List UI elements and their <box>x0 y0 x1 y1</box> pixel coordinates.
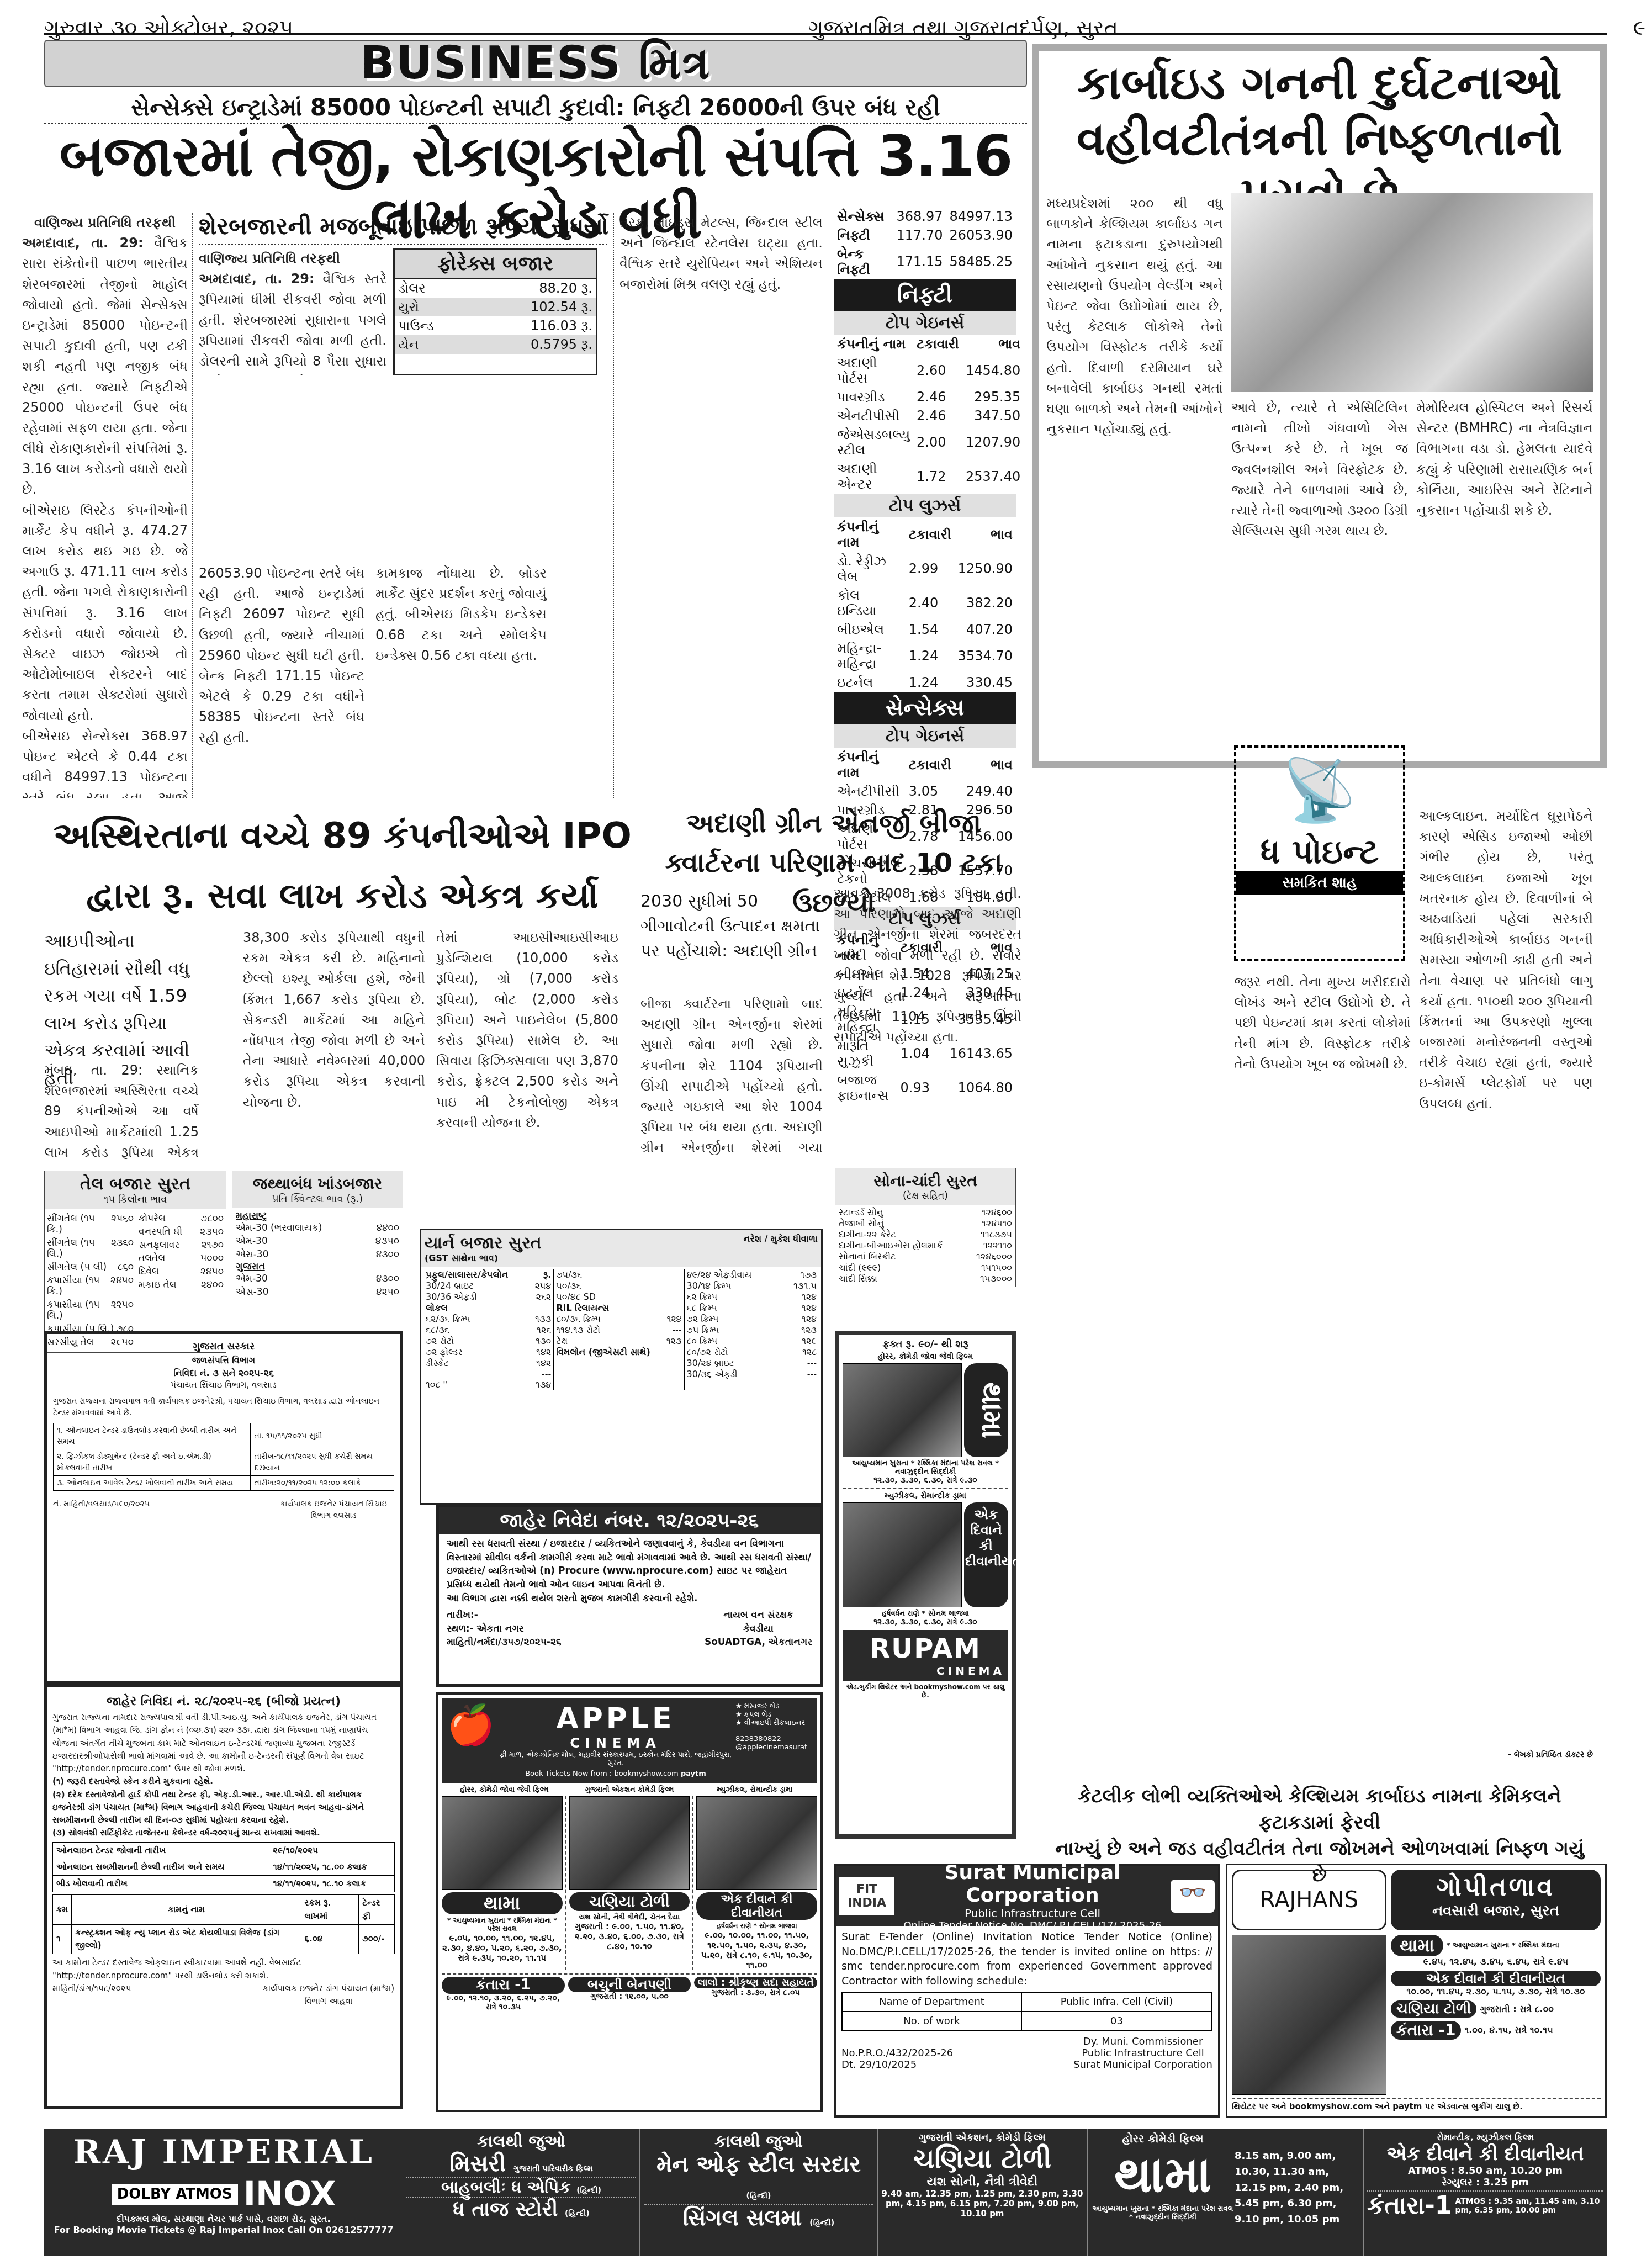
film-title: બચુની બેનપણી <box>568 1977 691 1992</box>
price: ૭૮૦૦ <box>200 1213 224 1224</box>
genre: ગુજરાતી એકશન, કોમેડી ફિલ્મ <box>881 2132 1083 2143</box>
currency: યેન <box>395 335 472 354</box>
col-header: કંપનીનું નામ <box>834 335 913 353</box>
booking-text: For Booking Movie Tickets @ Raj Imperial… <box>49 2225 399 2235</box>
table-row: એનટીપીસી2.46347.50 <box>834 406 1024 425</box>
group-label: વિમલોન (જીએસટી સાથે) <box>556 1347 681 1358</box>
notice-body: ગુજરાત રાજ્યના નામદાર રાજ્યપાલશ્રી વતી ડ… <box>52 1711 395 1775</box>
story-continuation: 26053.90 પોઇન્ટના સ્તરે બંધ રહી હતી. આજે… <box>199 563 364 795</box>
notice-sign: Public Infrastructure Cell <box>1073 2047 1212 2059</box>
item: એમ-30 <box>236 1236 268 1247</box>
item: ૬૮ ક્રિમ્પ <box>687 1303 717 1314</box>
story-text: બીએસઇ લિસ્ટેડ કંપનીઓની માર્કેટ કેપ વધીને… <box>22 500 188 726</box>
film-tag: (હિન્દી) <box>576 2186 601 2195</box>
cell: 3534.70 <box>955 639 1016 673</box>
table-row: ઓનલાઇન ટેન્ડર જોવાની તારીખ૨૯/૧૦/૨૦૨૫ <box>53 1842 395 1859</box>
pullquote: 2030 સુધીમાં 50 ગીગાવોટની ઉત્પાદન ક્ષમતા… <box>640 889 828 964</box>
cell: 295.35 <box>962 388 1024 406</box>
price: ૪૨૫૦ <box>376 1287 399 1298</box>
genre: મ્યુઝીકલ, રોમાન્ટીક ડ્રામા <box>692 1786 817 1794</box>
story-text: આવક 3008 કરોડ રૂપિયા હતી. આ પરિણામો બાદ … <box>834 883 1021 1160</box>
item: ૫૦/૩૬ <box>556 1280 581 1292</box>
notice-title: જાહેર નિવેદા નંબર. ૧૨/૨૦૨૫-૨૬ <box>439 1507 820 1534</box>
notice-sign: Dy. Muni. Commissioner <box>1073 2036 1212 2047</box>
story-continuation: તરફ, લોઇડ્સ મેટલ્સ, જિન્દાલ સ્ટીલ અને જિ… <box>613 213 823 798</box>
genre: હોરર, કોમેડી જોવા જેવી ફિલ્મ <box>442 1786 567 1794</box>
film-card: કંતારા -1૯.૦૦, ૧૨.૧૦, ૩.૨૦, ૬.૨૫, ૭.૨૦, … <box>442 1977 565 2012</box>
headline-line: અસ્થિરતાના વચ્ચે 89 કંપનીઓએ IPO <box>44 806 640 866</box>
col-header: રૂ. <box>543 1269 552 1280</box>
index-value: 26053.90 <box>946 226 1016 245</box>
col-header: કામનું નામ <box>72 1895 301 1925</box>
price: ૪૩૫૦ <box>375 1236 399 1247</box>
film-row: ધ તાજ સ્ટોરી (હિન્દી) <box>406 2197 636 2221</box>
price: ૧૨૪૫૧૦ <box>982 1218 1012 1229</box>
notice-org: ગુજરાત સરકાર <box>53 1340 394 1354</box>
item: ૫૦/૪૮ SD <box>556 1292 596 1303</box>
sona-chandi-box: સોના-ચાંદી સુરત(ટેક્ષ સહિત) સ્ટાન્ડર્ડ સ… <box>835 1168 1016 1287</box>
cell: 2.60 <box>913 353 962 388</box>
cell: કોલ ઇન્ડિયા <box>834 586 906 620</box>
headline-line: દ્વારા રૂ. સવા લાખ કરોડ એકત્ર કર્યા <box>44 866 640 927</box>
film-poster <box>696 1796 817 1890</box>
nifty-losers: કંપનીનું નામટકાવારીભાવ ડો. રેડ્ડીઝ લેબ2.… <box>834 517 1016 692</box>
cell: 1.54 <box>906 620 955 639</box>
notice-sign: SoUADTGA, એકતાનગર <box>705 1636 812 1649</box>
cinema-name: RUPAM <box>846 1633 1005 1664</box>
currency: ડોલર <box>395 279 472 298</box>
price: ૧૫૩૦૦૦ <box>980 1273 1012 1284</box>
notice-subtitle: Public Infrastructure Cell <box>894 1907 1171 1920</box>
film-cast: * આયુષ્યમાન ખુરાના * રશ્મિકા મંદાના * પર… <box>442 1917 563 1933</box>
gainers-title: ટોપ ગેઇનર્સ <box>834 311 1016 335</box>
story-text: 38,300 કરોડ રૂપિયાથી વધુની રકમ એકત્ર કરી… <box>243 928 425 1160</box>
film-title: ચણિયા ટોળી <box>1391 2000 1476 2018</box>
price-offer: ફક્ત રૂ. ૯૦/- થી શરૂ <box>843 1338 1008 1350</box>
booking-text: થિયેટર પર અને bookmyshow.com અને paytm પ… <box>1232 2098 1601 2111</box>
fit-india-logo: FIT INDIA <box>839 1877 894 1915</box>
column-rule <box>192 213 193 798</box>
price: ૨૪૦૦ <box>201 1279 224 1290</box>
film-title: ધ તાજ સ્ટોરી <box>453 2198 558 2221</box>
showtimes: ૯.૦૦, ૧૦.૦૦, ૧૧.૦૦, ૧૧.૫૦, ૧૨.૫૦, ૧.૫૦, … <box>696 1930 817 1970</box>
notice-place: સ્થળ:- એકતા નગર <box>447 1622 561 1636</box>
cinema-name: APPLE <box>496 1702 735 1735</box>
film-tag: ગુજરાતી પારિવારીક ફિલ્મ <box>513 2164 593 2173</box>
cell: 1.72 <box>913 459 962 494</box>
cell: 1.24 <box>906 673 955 692</box>
story-text: વૈશ્વિક સ્તરે રૂપિયામાં ધીમી રીકવરી જોવા… <box>199 271 386 375</box>
film-tag: (હિન્દી) <box>746 2192 771 2200</box>
price: ૧૨૮ <box>802 1347 817 1358</box>
film-poster <box>843 1363 962 1457</box>
price: ૧૩૩ <box>535 1314 551 1325</box>
forex-row: યેન0.5795 રૂ. <box>395 335 596 354</box>
table-row: ડો. રેડ્ડીઝ લેબ2.991250.90 <box>834 552 1016 586</box>
cell: Public Infra. Cell (Civil) <box>1021 1992 1212 2012</box>
film-title: થામા <box>1091 2145 1235 2205</box>
footer-line: કેટલીક લોભી વ્યક્તિઓએ કેલ્શિયમ કાર્બાઇડ … <box>1046 1783 1593 1836</box>
item: સોનાનાં બિસ્કીટ <box>839 1251 896 1262</box>
item: તલતેલ <box>139 1253 165 1264</box>
nifty-gainers: કંપનીનું નામટકાવારીભાવ અદાણી પોર્ટસ2.601… <box>834 335 1024 494</box>
region: ગુજરાત <box>236 1261 399 1272</box>
price: ૧૨૨૧૧૦ <box>983 1240 1012 1251</box>
rajhans-logo: RAJHANS <box>1232 1870 1386 1930</box>
cell: 1250.90 <box>955 552 1016 586</box>
price: ૧૨૪૬૦૦ <box>982 1207 1012 1218</box>
cell: એનટીપીસી <box>834 406 913 425</box>
genre: હોરર, કોમેડી જોવા જેવી ફિલ્મ <box>843 1352 1008 1361</box>
column-name: ધ પોઇન્ટ <box>1236 833 1403 871</box>
price: ૨૩૫૦ <box>200 1226 224 1237</box>
index-name: નિફ્ટી <box>834 226 893 245</box>
item: ૭૨ રોટો <box>426 1336 454 1347</box>
table-row: પાવરગ્રીડ2.46295.35 <box>834 388 1024 406</box>
feature: ★ વીઆઇપી રીકલાઇનર <box>735 1719 813 1727</box>
region: મહારાષ્ટ્ર <box>236 1210 399 1221</box>
price: ૧૨૪ <box>802 1303 817 1314</box>
cell: ૧૪/૧૧/૨૦૨૫, ૧૮.૧૦ કલાક <box>269 1876 395 1892</box>
column-logo: 📡 ધ પોઇન્ટ સમકિત શાહ <box>1234 745 1405 961</box>
film-row: મિસરી ગુજરાતી પારિવારીક ફિલ્મ <box>406 2151 636 2177</box>
notice-sign: Surat Municipal Corporation <box>1073 2059 1212 2071</box>
cell: તારીખ-૧૮/૧૧/૨૦૨૫ સુધી કચેરી સમય દરમ્યાન <box>251 1449 394 1476</box>
price: ૨૬૨ <box>536 1292 552 1303</box>
forex-table: ફોરેક્સ બજાર ડોલર88.20 રૂ. યુરો102.54 રૂ… <box>393 248 597 375</box>
rate: 116.03 રૂ. <box>472 316 596 335</box>
film-cast: હર્ષવર્ધન રાણે * સોનમ બાજવા <box>843 1610 1008 1618</box>
index-value: 84997.13 <box>946 207 1016 226</box>
feature: ★ કપલ બેડ <box>735 1711 813 1719</box>
cell: 1.24 <box>906 639 955 673</box>
showtimes: રેગ્યુલર : 3.25 pm <box>1367 2177 1603 2188</box>
story-continuation: કામકાજ નોંધાયા છે. બ્રોડર માર્કેટ સુંદર … <box>375 563 547 795</box>
paytm-logo: paytm <box>681 1770 706 1778</box>
price: ૨૩૬૦ <box>111 1237 134 1259</box>
genre: હોરર કોમેડી ફિલ્મ <box>1091 2132 1235 2145</box>
table-row: કોલ ઇન્ડિયા2.40382.20 <box>834 586 1016 620</box>
item: ટેક્ષ <box>556 1336 568 1347</box>
yarn-col: પ્રફુલ/સાલાસર/કેપલોનરૂ. 30/24 બ્રાઇટ૨૫૪ … <box>423 1269 554 1390</box>
cell: તા. ૧૫/૧૧/૨૦૨૫ સુધી <box>251 1423 394 1449</box>
location: નવસારી બજાર, સુરત <box>1393 1903 1598 1920</box>
notice-body: Surat E-Tender (Online) Invitation Notic… <box>836 1926 1218 1992</box>
index-row: સેન્સેક્સ368.9784997.13 <box>834 207 1016 226</box>
film-title: ચણિયા ટોળી <box>881 2143 1083 2175</box>
showtimes: ATMOS : 8.50 am, 10.20 pm <box>1367 2165 1603 2177</box>
cinema-name: CINEMA <box>846 1664 1005 1677</box>
cinema-address: ફ્રી માળ, એકઝોનિક મોલ, મહાવીર સંસ્કારધામ… <box>496 1751 735 1767</box>
cell: ઇટર્નલ <box>834 673 906 692</box>
cell: જેએસડબલ્યુ સ્ટીલ <box>834 425 913 459</box>
rate: 102.54 રૂ. <box>472 298 596 316</box>
film-title: કંતારા -1 <box>442 1977 565 1994</box>
notice-body: આ વિભાગ દ્વારા નક્કી થયેલ શરતો મુજબ કામગ… <box>447 1592 812 1606</box>
price: ૨૪૫૦ <box>200 1266 224 1277</box>
item: ૬૨ ક્રિમ્પ <box>687 1292 718 1303</box>
columnist-name: સમકિત શાહ <box>1236 871 1403 895</box>
coming-soon: કાલથી જુઓ <box>406 2132 636 2151</box>
story-text: તેમાં આઇસીઆઇસીઆઇ પ્રુડેન્શિયલ (10,000 કર… <box>436 928 618 1160</box>
cell: 2.00 <box>913 425 962 459</box>
cell: 2537.40 <box>962 459 1024 494</box>
raj-imperial-ad: RAJ IMPERIAL DOLBY ATMOS INOX દીપકમલ મોલ… <box>44 2129 1607 2256</box>
price: ૧૪૨ <box>536 1347 551 1358</box>
item: 30/36 એફડી <box>426 1292 477 1303</box>
price: --- <box>807 1369 817 1380</box>
ipo-headline: અસ્થિરતાના વચ્ચે 89 કંપનીઓએ IPO દ્વારા ર… <box>44 806 640 927</box>
cell: ૨. ફિઝીકલ ડોક્યુમેન્ટ (ટેન્ડર ફી અને ઇ.એ… <box>54 1449 251 1476</box>
col-header: ભાવ <box>955 748 1016 782</box>
cell: 03 <box>1021 2012 1212 2031</box>
col-header: કંપનીનું નામ <box>834 748 906 782</box>
rupee-story: શેરબજારની મજબૂતાઇ પાછળ રૂપિયો સુધર્યો વા… <box>199 213 607 375</box>
cell: તારીખ:૨૦/૧૧/૨૦૨૫ ૧૨:૦૦ કલાકે <box>251 1476 394 1491</box>
cell: 249.40 <box>955 782 1016 801</box>
index-row: બેન્ક નિફ્ટી171.1558485.25 <box>834 245 1016 279</box>
cell: 2.99 <box>906 552 955 586</box>
cell: ૨૯/૧૦/૨૦૨૫ <box>269 1842 395 1859</box>
film-poster <box>1232 1935 1386 2095</box>
notice-body: ગુજરાત રાજ્યના રાજ્યપાલ વતી કાર્યપાલક ઇજ… <box>53 1396 394 1419</box>
forex-row: પાઉન્ડ116.03 રૂ. <box>395 316 596 335</box>
film-poster <box>442 1796 563 1890</box>
item: ૬૨/૩૬ ક્રિમ્પ <box>426 1314 470 1325</box>
notice-org: જળસંપત્તિ વિભાગ <box>53 1354 394 1367</box>
item: ૭૨ ફોલ્ડર <box>426 1347 462 1358</box>
currency: યુરો <box>395 298 472 316</box>
notice-sign: કાર્યપાલક ઇજનેર પંચાયત સિંચાઇ વિભાગ વલસા… <box>273 1499 394 1521</box>
film-title: કંતારા-1 <box>1367 2192 1452 2220</box>
box-title: સોના-ચાંદી સુરત <box>839 1172 1012 1190</box>
item: ચાંદી (૯૯૯) <box>839 1262 881 1273</box>
price: ૨૫૪ <box>534 1280 551 1292</box>
col-header: ટેન્ડર ફી <box>359 1895 395 1925</box>
table-row: બીડ ખોલવાની તારીખ૧૪/૧૧/૨૦૨૫, ૧૮.૧૦ કલાક <box>53 1876 395 1892</box>
item: ચાંદી સિક્કા <box>839 1273 877 1284</box>
film-title: એક દીવાને કી દીવાનીયત <box>1367 2143 1603 2165</box>
cell: મહિન્દ્રા-મહિન્દ્રા <box>834 639 906 673</box>
cell: ૩. ઓનલાઇન આવેલ ટેન્ડર ખોલવાની તારીખ અને … <box>54 1476 251 1491</box>
booking-text: એડ.બુકીંગ થિયેટર અને bookmyshow.com પર ચ… <box>843 1683 1008 1700</box>
dateline: અમદાવાદ, તા. 29: <box>22 235 144 251</box>
item: સીંગતેલ (૧૫ કિ.) <box>47 1213 111 1235</box>
item: 30/૨૪ બ્રાઇટ <box>687 1358 735 1369</box>
rupam-cinema-ad: ફક્ત રૂ. ૯૦/- થી શરૂ હોરર, કોમેડી જોવા જ… <box>835 1331 1016 1839</box>
film-title: મિસરી <box>449 2151 506 2177</box>
col-header: પ્રફુલ/સાલાસર/કેપલોન <box>426 1269 508 1280</box>
cell: No. of work <box>842 2012 1021 2031</box>
item: તેજાબી સોનું <box>839 1218 884 1229</box>
table-row: ૩. ઓનલાઇન આવેલ ટેન્ડર ખોલવાની તારીખ અને … <box>54 1476 394 1491</box>
cinema-name: RAJ IMPERIAL <box>49 2133 399 2172</box>
notice-org: પંચાયત સિંચાઇ વિભાગ, વલસાડ <box>53 1379 394 1391</box>
item: સનફ્લાવર <box>139 1240 179 1251</box>
cell: 347.50 <box>962 406 1024 425</box>
item: દાગીના-બીઆઇએસ હોલમાર્ક <box>839 1240 943 1251</box>
notice-point: (૩) સોલવંશી સર્ટિફીકેટ તાજેતરના કેલેન્ડર… <box>52 1827 395 1839</box>
price: ૫૦૦૦ <box>200 1253 224 1264</box>
notice-ref: નં. માહિતી/વલસાડ/૫૯૦/૨૦૨૫ <box>53 1499 150 1521</box>
price: ૧૨૪ <box>802 1314 817 1325</box>
cell: 1454.80 <box>962 353 1024 388</box>
group-label: RIL રિલાયન્સ <box>556 1303 681 1314</box>
coming-soon: કાલથી જુઓ <box>644 2132 873 2151</box>
item: વનસ્પતિ ઘી <box>139 1226 182 1237</box>
col-header: ક્રમ <box>53 1895 72 1925</box>
showtimes: ગુજરાતી : ૧૨.૦૦, ૫.૦૦ <box>568 1992 691 2001</box>
pro-number: No.P.R.O./432/2025-26 <box>841 2047 953 2059</box>
cell: ઓનલાઇન સબમીશનની છેલ્લી તારીખ અને સમય <box>53 1859 269 1875</box>
box-title: યાર્ન બજાર સુરત <box>425 1234 542 1253</box>
carbide-col-1: મધ્યપ્રદેશમાં ૨૦૦ થી વધુ બાળકોને કેલ્શિય… <box>1046 193 1223 1739</box>
price: ૨૨૫૦ <box>111 1299 134 1321</box>
headline-line: કાર્બાઇડ ગનની દુર્ઘટનાઓ <box>1046 55 1593 111</box>
yarn-bajar-box: યાર્ન બજાર સુરત(GST સાથેના ભાવ) નરેશ / મ… <box>420 1229 823 1505</box>
sensex-title: સેન્સેક્સ <box>834 692 1016 724</box>
item: ૬૮/૩૬ <box>426 1325 449 1336</box>
table-row: Name of DepartmentPublic Infra. Cell (Ci… <box>842 1992 1212 2012</box>
item: ૭૫/૩૬ <box>556 1269 582 1280</box>
price: ૧૨૯ <box>802 1336 817 1347</box>
film-cast: યશ સોની, નૈત્રી ત્રીવેદી <box>881 2175 1083 2189</box>
item: ૮૦/૭૨ રોટો <box>687 1347 728 1358</box>
film-tag: (હિન્દી) <box>565 2209 590 2218</box>
price: ૧૨૬ <box>537 1325 551 1336</box>
swachh-bharat-glasses-icon: 👓 <box>1171 1880 1215 1913</box>
byline: વાણિજ્ય પ્રતિનિધિ તરફથી <box>199 248 386 269</box>
film-cast: આયુષ્યમાન ખુરાના * રશ્મિકા મંદાના પરેશ ર… <box>1091 2205 1235 2221</box>
table-row: ૧કન્સ્ટ્રક્શન ઓફ ન્યુ પ્લાન રોડ એટ કોયલી… <box>53 1924 395 1954</box>
smc-tender-notice: FIT INDIA Surat Municipal Corporation Pu… <box>834 1864 1220 2118</box>
govt-notice-valsad: ગુજરાત સરકાર જળસંપત્તિ વિભાગ નિવિદા નં. … <box>44 1331 403 1684</box>
cell: બીઇએલ <box>834 620 906 639</box>
col-header: કંપનીનું નામ <box>834 517 906 552</box>
film-cast: યશ સોની, નૈત્રી ત્રીવેદી, ચેતન દૈયા <box>569 1913 690 1922</box>
box-title: તેલ બજાર સુરત <box>48 1174 223 1194</box>
notice-point: (૨) દરેક દસ્તાવેજોની હાર્ડ કોપી તથા ટેન્… <box>52 1788 395 1827</box>
item: 30/૩૬ એફડી <box>687 1369 738 1380</box>
film-cast: * આયુષ્યમાન ખુરાના * રશ્મિકા મંદાના <box>1447 1941 1559 1950</box>
item: ૭૨ ક્રિમ્પ <box>687 1314 719 1325</box>
item: સીંગતેલ (૧૫ લિ.) <box>47 1237 111 1259</box>
forex-row: ડોલર88.20 રૂ. <box>395 279 596 298</box>
losers-title: ટોપ લુઝર્સ <box>834 494 1016 517</box>
table-row: ઓનલાઇન સબમીશનની છેલ્લી તારીખ અને સમય૧૪/૧… <box>53 1859 395 1875</box>
instagram: @applecinemasurat <box>735 1743 813 1751</box>
box-subtitle: પ્રતિ ક્વિન્ટલ ભાવ (રૂ.) <box>236 1193 399 1205</box>
film-poster <box>843 1502 962 1607</box>
showtimes: 9.40 am, 12.35 pm, 1.25 pm, 2.30 pm, 3.3… <box>881 2189 1083 2219</box>
item: ૮૦ ક્રિમ્પ <box>687 1336 718 1347</box>
cell: 2.46 <box>913 406 962 425</box>
genre: રોમાન્ટીક, મ્યુઝીકલ ફિલ્મ <box>1367 2132 1603 2143</box>
film-row: બાહુબલીઃ ધ એપિક (હિન્દી) <box>406 2177 636 2197</box>
notice-sign: કેવડીયા <box>705 1622 812 1636</box>
showtimes: 8.15 am, 9.00 am, 10.30, 11.30 am, 12.15… <box>1235 2132 1359 2252</box>
film-cast: આયુષ્યમાન ખુરાના * રશ્મિકા મંદાના પરેશ ર… <box>843 1459 1008 1476</box>
price: ૧૩૦ <box>536 1336 551 1347</box>
cell: 330.45 <box>955 673 1016 692</box>
showtimes: ૯.૦૦, ૧૨.૧૦, ૩.૨૦, ૬.૨૫, ૭.૨૦, રાત્રે ૧૦… <box>442 1994 565 2012</box>
price: ૧૨૩ <box>666 1336 682 1347</box>
col-header: ભાવ <box>962 335 1024 353</box>
film-card: બચુની બેનપણીગુજરાતી : ૧૨.૦૦, ૫.૦૦ <box>568 1977 691 2012</box>
nifty-title: નિફ્ટી <box>834 279 1016 311</box>
table-row: મહિન્દ્રા-મહિન્દ્રા1.243534.70 <box>834 639 1016 673</box>
price: ૧૪૨ <box>536 1358 551 1369</box>
cell: 3.05 <box>906 782 955 801</box>
price: ૧૫૧૫૦૦ <box>981 1262 1012 1273</box>
table-row: જેએસડબલ્યુ સ્ટીલ2.001207.90 <box>834 425 1024 459</box>
item: સ્ટાન્ડર્ડ સોનું <box>839 1207 883 1218</box>
item: એસ-30 <box>236 1287 268 1298</box>
cell: ૭૦૦/- <box>359 1924 395 1954</box>
price: ૧૩૪ <box>536 1379 551 1390</box>
feature: ★ મસાજર બેડ <box>735 1702 813 1711</box>
inox-logo: INOX <box>243 2175 336 2214</box>
box-subtitle: (GST સાથેના ભાવ) <box>425 1253 542 1264</box>
price: ૧૭૩ <box>800 1269 817 1280</box>
index-change: 171.15 <box>893 245 946 279</box>
story-text: વૈશ્વિક સારા સંકેતોની પાછળ ભારતીય શેરબજા… <box>22 235 188 497</box>
cell: ૧૪/૧૧/૨૦૨૫, ૧૮.૦૦ કલાક <box>269 1859 395 1875</box>
film-title: મેન ઓફ સ્ટીલ સરદાર <box>656 2152 861 2177</box>
notice-date: Dt. 29/10/2025 <box>841 2059 953 2071</box>
antenna-icon: 📡 <box>1236 748 1403 833</box>
cinema-address: દીપકમલ મોલ, સરથાણા નેચર પાર્ક પાસે, વરાછ… <box>49 2214 399 2225</box>
col-header: ભાવ <box>955 517 1016 552</box>
item: ૧૧૪.૧૩ રોટો <box>556 1325 600 1336</box>
index-change: 117.70 <box>893 226 946 245</box>
film-cast: હર્ષવર્ધન રાણે * સોનમ બાજવા <box>696 1922 817 1930</box>
divider <box>199 244 607 245</box>
cell: ડો. રેડ્ડીઝ લેબ <box>834 552 906 586</box>
location: ગોપીતળાવ <box>1393 1872 1598 1903</box>
table-row: ઇટર્નલ1.24330.45 <box>834 673 1016 692</box>
film-card: લાલો : શ્રીકૃષ્ણ સદા સહાયતેગુજરાતી : ૩.૩… <box>694 1977 817 2012</box>
item: કપાસીયા (૧૫ લિ.) <box>47 1299 111 1321</box>
subheadline: સેન્સેક્સે ઇન્ટ્રાડેમાં 85000 પોઇન્ટની સ… <box>44 94 1027 121</box>
item: 30/૧૪ ક્રિમ્પ <box>687 1280 732 1292</box>
film-title: થામા <box>1391 1935 1443 1956</box>
film-title: ચણિયા ટોળી <box>569 1892 690 1911</box>
film-title: થામા <box>964 1363 1008 1457</box>
showtimes: ૯.૪૫, ૧૨.૪૫, ૩.૪૫, ૬.૪૫, રાત્રે ૯.૪૫ <box>1391 1956 1601 1967</box>
film-title: લાલો : શ્રીકૃષ્ણ સદા સહાયતે <box>694 1977 817 1988</box>
film-row: મેન ઓફ સ્ટીલ સરદાર (હિન્દી) <box>644 2151 873 2204</box>
tel-right: કોપરેલ૭૮૦૦ વનસ્પતિ ઘી૨૩૫૦ સનફ્લાવર૨૧૭૦ ત… <box>135 1212 225 1349</box>
index-row: નિફ્ટી117.7026053.90 <box>834 226 1016 245</box>
film-title: એક દીવાને કી દીવાનીયત <box>696 1892 817 1920</box>
notice-title: Surat Municipal Corporation <box>894 1861 1171 1907</box>
cell: 2.40 <box>906 586 955 620</box>
cell: કન્સ્ટ્રક્શન ઓફ ન્યુ પ્લાન રોડ એટ કોયલીપ… <box>72 1924 301 1954</box>
film-title: થામા <box>442 1892 563 1914</box>
price: --- <box>542 1369 551 1379</box>
cell: અદાણી એન્ટર <box>834 459 913 494</box>
forex-title: ફોરેક્સ બજાર <box>395 250 596 279</box>
apple-cinema-ad: 🍎 APPLE CINEMA ફ્રી માળ, એકઝોનિક મોલ, મહ… <box>436 1692 823 2112</box>
item: ૭૫ ક્રિમ્પ <box>687 1325 719 1336</box>
price: --- <box>807 1358 817 1369</box>
yarn-col: ૭૫/૩૬ ૫૦/૩૬ ૫૦/૪૮ SD RIL રિલાયન્સ ૮૦/૩૬ … <box>554 1269 684 1390</box>
item: કોપરેલ <box>139 1213 166 1224</box>
item: મકાઇ તેલ <box>139 1279 177 1290</box>
table-row: એનટીપીસી3.05249.40 <box>834 782 1016 801</box>
genre: ગુજરાતી એકશન કોમેડી ફિલ્મ <box>567 1786 692 1794</box>
